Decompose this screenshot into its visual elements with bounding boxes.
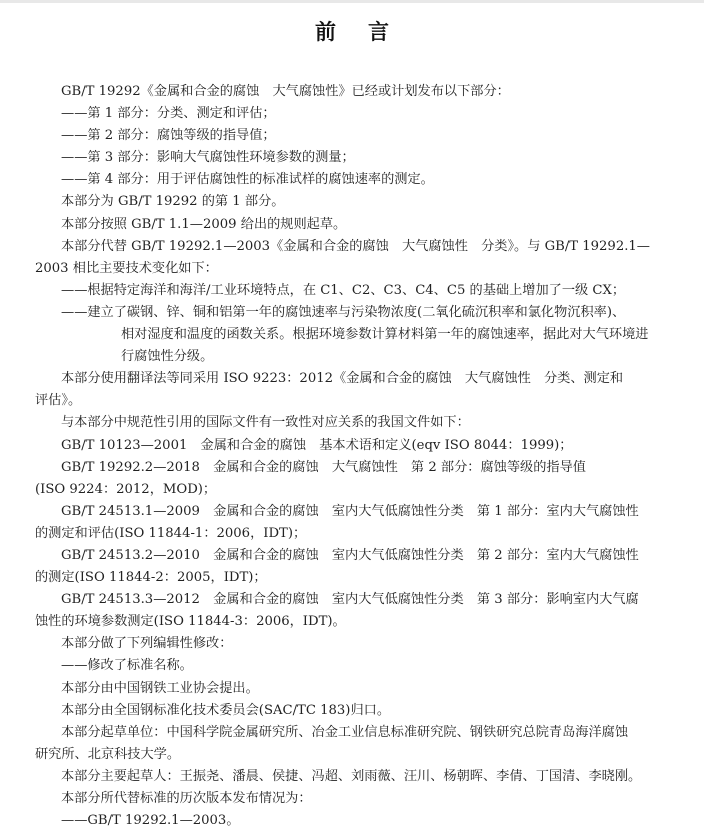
page-title: 前言	[0, 16, 704, 46]
text-line: 的测定(ISO 11844-2：2005，IDT)；	[35, 567, 645, 589]
text-line: 的测定和评估(ISO 11844-1：2006，IDT)；	[35, 523, 645, 545]
text-line: 本部分起草单位：中国科学院金属研究所、冶金工业信息标准研究院、钢铁研究总院青岛海…	[35, 722, 645, 744]
reference-item: GB/T 10123—2001 金属和合金的腐蚀 基本术语和定义(eqv ISO…	[35, 435, 645, 457]
text-line: 2003 相比主要技术变化如下：	[35, 258, 645, 280]
text-line: 本部分主要起草人：王振尧、潘晨、侯捷、冯超、刘雨薇、汪川、杨朝晖、李倩、丁国清、…	[35, 766, 645, 788]
list-item-part-3: ——第 3 部分：影响大气腐蚀性环境参数的测量；	[35, 147, 645, 169]
foreword-body: GB/T 19292《金属和合金的腐蚀 大气腐蚀性》已经或计划发布以下部分： —…	[35, 81, 645, 827]
text-line: 本部分按照 GB/T 1.1—2009 给出的规则起草。	[35, 214, 645, 236]
change-item: ——建立了碳钢、锌、铜和铝第一年的腐蚀速率与污染物浓度(二氧化硫沉积率和氯化物沉…	[35, 302, 645, 324]
list-item-part-1: ——第 1 部分：分类、测定和评估；	[35, 103, 645, 125]
text-line: GB/T 19292《金属和合金的腐蚀 大气腐蚀性》已经或计划发布以下部分：	[35, 81, 645, 103]
text-line: 评估》。	[35, 390, 645, 412]
text-line: 蚀性的环境参数测定(ISO 11844-3：2006，IDT)。	[35, 611, 645, 633]
text-line: 本部分代替 GB/T 19292.1—2003《金属和合金的腐蚀 大气腐蚀性 分…	[35, 236, 645, 258]
change-item: ——根据特定海洋和海洋/工业环境特点，在 C1、C2、C3、C4、C5 的基础上…	[35, 280, 645, 302]
reference-item: GB/T 24513.1—2009 金属和合金的腐蚀 室内大气低腐蚀性分类 第 …	[35, 501, 645, 523]
text-line: 本部分由中国钢铁工业协会提出。	[35, 678, 645, 700]
history-item: ——GB/T 19292.1—2003。	[35, 810, 645, 827]
edit-item: ——修改了标准名称。	[35, 655, 645, 677]
text-line: 本部分使用翻译法等同采用 ISO 9223：2012《金属和合金的腐蚀 大气腐蚀…	[35, 368, 645, 390]
reference-item: GB/T 19292.2—2018 金属和合金的腐蚀 大气腐蚀性 第 2 部分：…	[35, 457, 645, 479]
text-line: 与本部分中规范性引用的国际文件有一致性对应关系的我国文件如下：	[35, 412, 645, 434]
page-top-border	[0, 0, 704, 3]
text-line: 本部分由全国钢标准化技术委员会(SAC/TC 183)归口。	[35, 700, 645, 722]
text-line: (ISO 9224：2012，MOD)；	[35, 479, 645, 501]
reference-item: GB/T 24513.3—2012 金属和合金的腐蚀 室内大气低腐蚀性分类 第 …	[35, 589, 645, 611]
list-item-part-4: ——第 4 部分：用于评估腐蚀性的标准试样的腐蚀速率的测定。	[35, 169, 645, 191]
text-line: 本部分为 GB/T 19292 的第 1 部分。	[35, 191, 645, 213]
list-item-part-2: ——第 2 部分：腐蚀等级的指导值；	[35, 125, 645, 147]
text-line: 相对湿度和温度的函数关系。根据环境参数计算材料第一年的腐蚀速率，据此对大气环境进	[35, 324, 645, 346]
reference-item: GB/T 24513.2—2010 金属和合金的腐蚀 室内大气低腐蚀性分类 第 …	[35, 545, 645, 567]
text-line: 行腐蚀性分级。	[35, 346, 645, 368]
text-line: 本部分所代替标准的历次版本发布情况为：	[35, 788, 645, 810]
text-line: 本部分做了下列编辑性修改：	[35, 633, 645, 655]
text-line: 研究所、北京科技大学。	[35, 744, 645, 766]
